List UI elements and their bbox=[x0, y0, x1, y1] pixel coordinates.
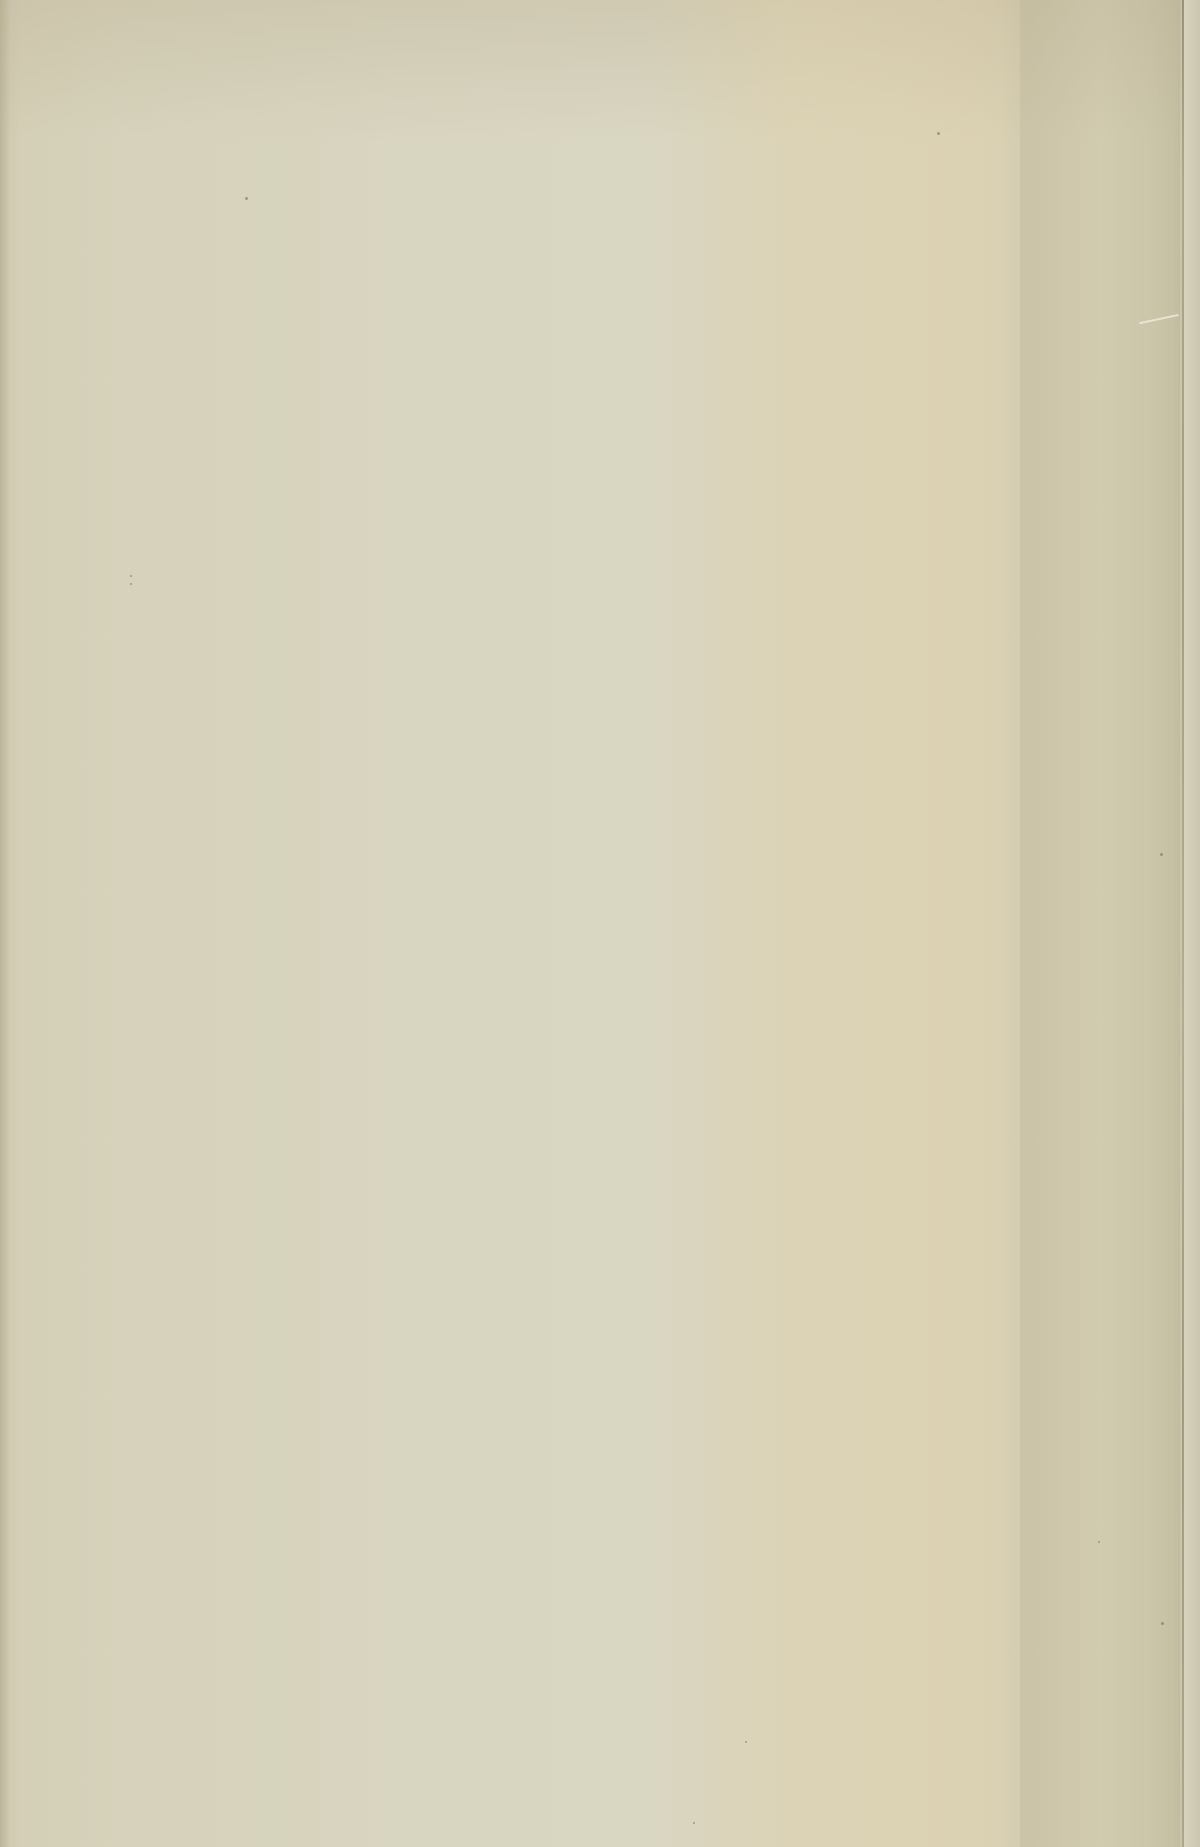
page-right-fold-shadow bbox=[1020, 0, 1180, 1847]
paper-discoloration-band bbox=[640, 0, 1020, 1847]
binding-edge bbox=[1184, 0, 1200, 1847]
paper-speck bbox=[245, 197, 248, 200]
paper-speck bbox=[130, 575, 132, 577]
blank-book-page bbox=[0, 0, 1200, 1847]
paper-speck bbox=[130, 583, 132, 585]
page-left-edge bbox=[0, 0, 10, 1847]
paper-speck bbox=[1160, 853, 1163, 856]
paper-speck bbox=[693, 1822, 695, 1824]
paper-speck bbox=[1161, 1622, 1164, 1625]
paper-speck bbox=[937, 132, 940, 135]
paper-speck bbox=[1098, 1541, 1100, 1543]
paper-speck bbox=[745, 1741, 747, 1743]
